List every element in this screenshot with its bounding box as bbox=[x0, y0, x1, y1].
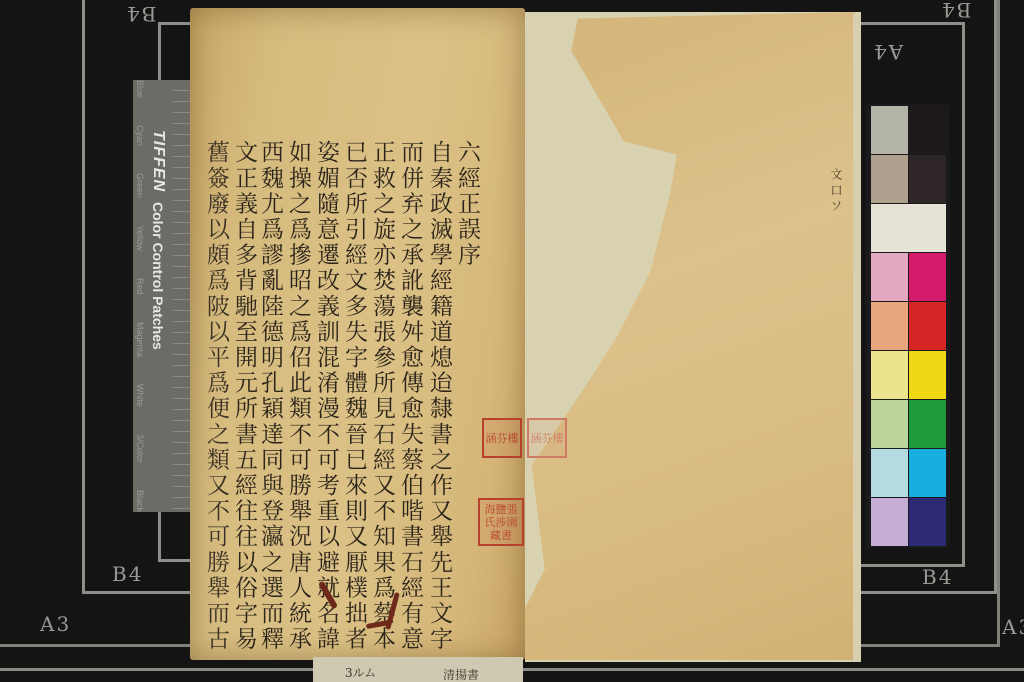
patch-pink bbox=[871, 253, 908, 301]
text-column-1: 自秦政滅學經籍道熄迨隸書之作又舉先王文字 bbox=[426, 140, 452, 652]
text-column-6: 如操之爲摻昭之爲佋此類不可勝舉況唐人統承 bbox=[285, 140, 311, 652]
board-label-a4-top-right: A4 bbox=[872, 40, 903, 64]
patch-gray-light bbox=[871, 106, 908, 154]
collector-seal-3: 海鹽張氏涉園藏書 bbox=[478, 498, 524, 546]
patch-black-2 bbox=[909, 155, 946, 203]
patch-cyan bbox=[909, 449, 946, 497]
right-page-marginalia: 文 口 ソ bbox=[828, 168, 845, 212]
collector-seal-1: 涵芬樓 bbox=[482, 418, 522, 458]
board-label-a3-right: A3 bbox=[1002, 615, 1024, 639]
board-label-b4-right: B4 bbox=[922, 565, 953, 589]
patch-light-cyan bbox=[871, 449, 908, 497]
text-column-9: 舊簽廢以頗爲陂以平爲便之類又不可勝舉而古 bbox=[203, 140, 229, 652]
catalog-label-text: 清揚書 bbox=[443, 666, 479, 682]
patch-gray-warm bbox=[871, 155, 908, 203]
board-label-b4-left: B4 bbox=[112, 562, 143, 586]
color-name: Black bbox=[131, 490, 145, 512]
text-column-7: 西魏尤爲謬亂陸德明孔穎達同與登瀛之選而釋 bbox=[257, 140, 283, 652]
patch-light-green bbox=[871, 400, 908, 448]
patch-red bbox=[909, 302, 946, 350]
color-name: 3/Color bbox=[131, 434, 145, 463]
tiffen-title: TIFFEN Color Control Patches bbox=[137, 130, 167, 430]
text-column-5: 姿媚隨意遷改義訓混淆漫不可考重以避就名諱 bbox=[313, 140, 339, 652]
patch-white bbox=[871, 204, 946, 252]
patch-lavender bbox=[871, 498, 908, 546]
text-column-3: 正救之旋亦焚蕩張參所見石經又不知果爲蔡本 bbox=[369, 140, 395, 652]
board-label-b4-top-left: B4 bbox=[125, 2, 156, 26]
catalog-number: 3ルム bbox=[345, 664, 376, 681]
patch-green bbox=[909, 400, 946, 448]
color-name: Blue bbox=[131, 80, 145, 98]
patch-light-yellow bbox=[871, 351, 908, 399]
right-page-edge bbox=[853, 14, 861, 660]
tiffen-brand-logo: TIFFEN bbox=[150, 130, 167, 192]
centimeter-ruler bbox=[173, 80, 191, 512]
collector-seal-2-offset: 涵芬樓 bbox=[527, 418, 567, 458]
patch-yellow bbox=[909, 351, 946, 399]
board-label-b4-top-right: B4 bbox=[940, 0, 971, 22]
text-column-8: 文正義自多背馳至開元所書五經往往以俗字易 bbox=[231, 140, 257, 652]
text-column-4: 已否所引經文多失字體魏晉已來則又厭樸拙者 bbox=[341, 140, 367, 652]
tiffen-color-strip: Blue Cyan Green Yellow Red Magenta White… bbox=[133, 80, 193, 512]
patch-magenta bbox=[909, 253, 946, 301]
patch-salmon bbox=[871, 302, 908, 350]
tiffen-product-name: Color Control Patches bbox=[150, 202, 166, 350]
color-calibration-chart bbox=[866, 104, 950, 548]
patch-black bbox=[909, 106, 946, 154]
board-label-a3-left: A3 bbox=[40, 612, 71, 636]
text-column-2: 而併弃之承訛襲舛愈傳愈失蔡伯喈書石經有意 bbox=[397, 140, 423, 652]
preface-title: 六經正誤序 bbox=[454, 140, 480, 268]
patch-blue bbox=[909, 498, 946, 546]
